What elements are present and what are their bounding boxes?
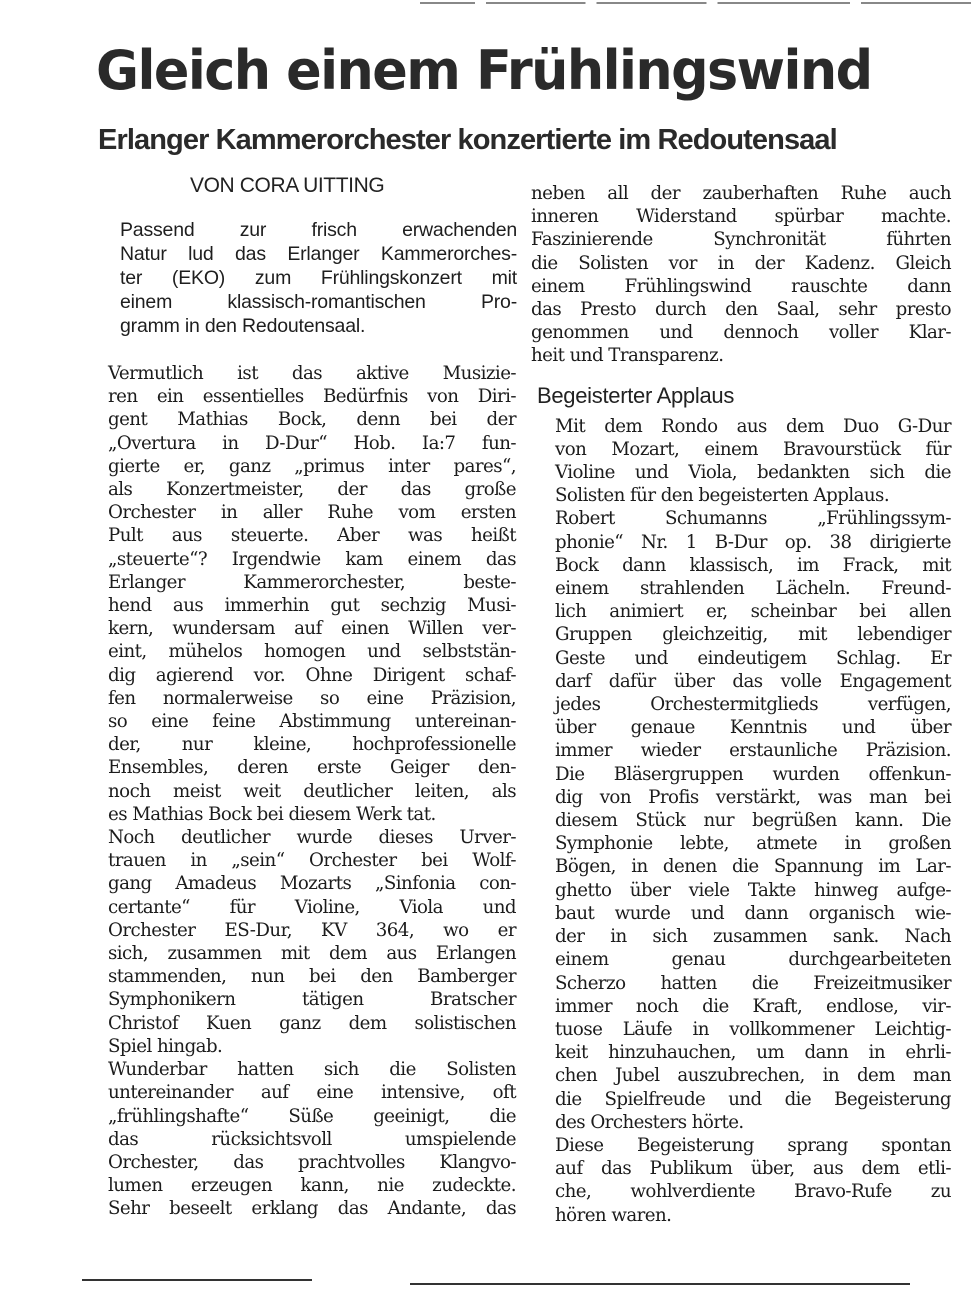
text-line: Erlanger Kammerorchester, beste- [84,571,516,594]
text-line: ren ein essentielles Bedürfnis von Diri- [84,385,516,408]
text-line: neben all der zauberhaften Ruhe auch [531,182,951,205]
text-line: darf dafür über das volle Engagement [531,670,951,693]
text-line: Scherzo hatten die Freizeitmusiker [531,972,951,995]
text-line: gent Mathias Bock, denn bei der [84,408,516,431]
subheadline: Erlanger Kammerorchester konzertierte im… [98,120,938,160]
text-line: Orchester in aller Ruhe vom ersten [84,501,516,524]
text-line: Natur lud das Erlanger Kammerorches- [120,242,517,266]
text-line: Pult aus steuerte. Aber was heißt [84,524,516,547]
text-line: „frühlingshafte“ Süße geeinigt, die [84,1105,516,1128]
text-line: dig von Profis verstärkt, was man bei [531,786,951,809]
text-line: keit hinzuhauchen, um dann in ehrli- [531,1041,951,1064]
text-line: immer noch die Kraft, endlose, vir- [531,995,951,1018]
text-line: Die Bläsergruppen wurden offenkun- [531,763,951,786]
body-paragraph: Diese Begeisterung sprang spontanauf das… [531,1134,951,1227]
text-line: einem Frühlingswind rauschte dann [531,275,951,298]
text-line: immer wieder erstaunliche Präzision. [531,739,951,762]
text-line: stammenden, nun bei den Bamberger [84,965,516,988]
text-line: Bögen, in denen die Spannung im Lar- [531,855,951,878]
text-line: das Presto durch den Saal, sehr presto [531,298,951,321]
text-line: hören waren. [531,1204,951,1227]
text-line: baut wurde und dann organisch wie- [531,902,951,925]
top-rule [420,2,971,4]
text-line: kern, wundersam auf einen Willen ver- [84,617,516,640]
text-line: sich, zusammen mit dem aus Erlangen [84,942,516,965]
text-line: die Solisten vor in der Kadenz. Gleich [531,252,951,275]
text-line: gang Amadeus Mozarts „Sinfonia con- [84,872,516,895]
text-line: über genaue Kenntnis und über [531,716,951,739]
text-line: genommen und dennoch voller Klar- [531,321,951,344]
text-line: so eine feine Abstimmung untereinan- [84,710,516,733]
section-subheading: Begeisterter Applaus [537,382,951,410]
text-line: Bock dann klassisch, im Frack, mit [531,554,951,577]
text-line: das rücksichtsvoll umspielende [84,1128,516,1151]
text-line: Spiel hingab. [84,1035,516,1058]
lead-paragraph: Passend zur frisch erwachendenNatur lud … [120,218,517,338]
body-paragraph: Vermutlich ist das aktive Musizie-ren ei… [84,362,516,826]
text-line: certante“ für Violine, Viola und [84,896,516,919]
text-line: als Konzertmeister, der das große [84,478,516,501]
body-paragraph: Mit dem Rondo aus dem Duo G-Durvon Mozar… [531,415,951,508]
text-line: einem genau durchgearbeiteten [531,948,951,971]
text-line: einem klassisch-romantischen Pro- [120,290,517,314]
body-paragraph: Robert Schumanns „Frühlingssym-phonie“ N… [531,507,951,1133]
text-line: Sehr beseelt erklang das Andante, das [84,1197,516,1220]
text-line: Vermutlich ist das aktive Musizie- [84,362,516,385]
text-line: auf das Publikum über, aus dem etli- [531,1157,951,1180]
bottom-rule [410,1283,910,1285]
text-line: jedes Orchestermitglieds verfügen, [531,693,951,716]
text-line: der in sich zusammen sank. Nach [531,925,951,948]
left-column: Vermutlich ist das aktive Musizie-ren ei… [84,362,516,1221]
body-paragraph: neben all der zauberhaften Ruhe auchinne… [531,182,951,368]
text-line: trauen in „sein“ Orchester bei Wolf- [84,849,516,872]
text-line: Mit dem Rondo aus dem Duo G-Dur [531,415,951,438]
text-line: Christof Kuen ganz dem solistischen [84,1012,516,1035]
text-line: inneren Widerstand spürbar machte. [531,205,951,228]
text-line: fen normalerweise so eine Präzision, [84,687,516,710]
text-line: Faszinierende Synchronität führten [531,228,951,251]
text-line: diesem Stück nur begrüßen kann. Die [531,809,951,832]
text-line: lich animiert er, scheinbar bei allen [531,600,951,623]
text-line: von Mozart, einem Bravourstück für [531,438,951,461]
headline: Gleich einem Frühlingswind [96,36,911,106]
text-line: Orchester ES-Dur, KV 364, wo er [84,919,516,942]
text-line: Violine und Viola, bedankten sich die [531,461,951,484]
text-line: Gruppen gleichzeitig, mit lebendiger [531,623,951,646]
text-line: ghetto über viele Takte hinweg aufge- [531,879,951,902]
text-line: lumen erzeugen kann, nie zudeckte. [84,1174,516,1197]
text-line: gierte er, ganz „primus inter pares“, [84,455,516,478]
text-line: dig agierend vor. Ohne Dirigent schaf- [84,664,516,687]
text-line: untereinander auf eine intensive, oft [84,1081,516,1104]
text-line: der, nur kleine, hochprofessionelle [84,733,516,756]
text-line: Symphonikern tätigen Bratscher [84,988,516,1011]
text-line: phonie“ Nr. 1 B-Dur op. 38 dirigierte [531,531,951,554]
text-line: gramm in den Redoutensaal. [120,314,517,338]
text-line: Passend zur frisch erwachenden [120,218,517,242]
bottom-rule [82,1279,312,1281]
text-line: heit und Transparenz. [531,344,951,367]
text-line: Noch deutlicher wurde dieses Urver- [84,826,516,849]
body-paragraph: Wunderbar hatten sich die Solistenuntere… [84,1058,516,1220]
text-line: es Mathias Bock bei diesem Werk tat. [84,803,516,826]
text-line: tuose Läufe in vollkommener Leichtig- [531,1018,951,1041]
text-line: Symphonie lebte, atmete in großen [531,832,951,855]
text-line: „Overtura in D-Dur“ Hob. Ia:7 fun- [84,432,516,455]
text-line: des Orchesters hörte. [531,1111,951,1134]
text-line: Ensembles, deren erste Geiger den- [84,756,516,779]
text-line: die Spielfreude und die Begeisterung [531,1088,951,1111]
text-line: Solisten für den begeisterten Applaus. [531,484,951,507]
body-paragraph: Noch deutlicher wurde dieses Urver-traue… [84,826,516,1058]
text-line: Wunderbar hatten sich die Solisten [84,1058,516,1081]
text-line: Geste und eindeutigem Schlag. Er [531,647,951,670]
text-line: ter (EKO) zum Frühlingskonzert mit [120,266,517,290]
text-line: Robert Schumanns „Frühlingssym- [531,507,951,530]
text-line: hend aus immerhin gut sechzig Musi- [84,594,516,617]
byline: VON CORA UITTING [190,172,384,200]
text-line: noch meist weit deutlicher leiten, als [84,780,516,803]
text-line: che, wohlverdiente Bravo-Rufe zu [531,1180,951,1203]
text-line: chen Jubel auszubrechen, in dem man [531,1064,951,1087]
text-line: eint, mühelos homogen und selbststän- [84,640,516,663]
text-line: Diese Begeisterung sprang spontan [531,1134,951,1157]
text-line: einem strahlenden Lächeln. Freund- [531,577,951,600]
text-line: „steuerte“? Irgendwie kam einem das [84,548,516,571]
text-line: Orchester, das prachtvolles Klangvo- [84,1151,516,1174]
right-column: neben all der zauberhaften Ruhe auchinne… [531,182,951,1227]
